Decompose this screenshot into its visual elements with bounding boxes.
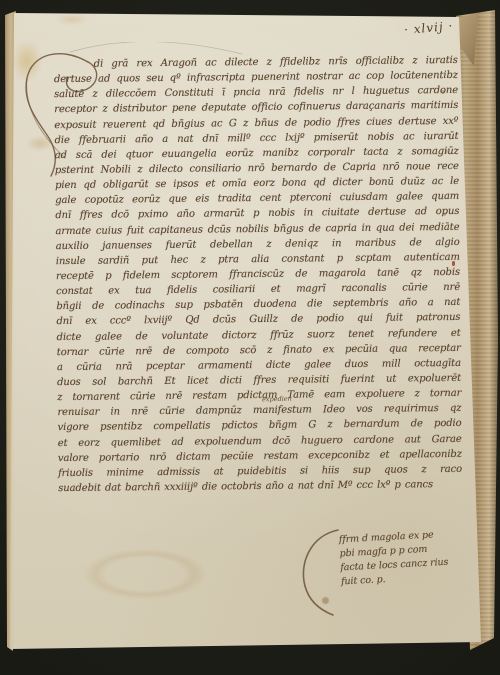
manuscript-photo: · xlvij · di grā rex Aragoñ ac dilecte z… <box>0 0 500 675</box>
chancery-note: ffrm d magola ex pe pbi magfa p p com fa… <box>339 528 472 591</box>
manuscript-line: suadebit dat barchñ xxxiiijº die octobri… <box>58 480 325 498</box>
top-smudge <box>55 14 89 25</box>
interlinear-note: expedien <box>262 394 292 403</box>
ink-spot <box>322 597 329 604</box>
manuscript-page: · xlvij · di grā rex Aragoñ ac dilecte z… <box>0 0 500 675</box>
corner-stain <box>12 40 42 82</box>
note-bracket-flourish <box>296 524 344 620</box>
damp-stain <box>70 543 220 605</box>
margin-smudge <box>26 136 54 151</box>
ink-spot <box>352 644 357 649</box>
text-block: di grā rex Aragoñ ac dilecte z ffidelibz… <box>54 55 463 498</box>
